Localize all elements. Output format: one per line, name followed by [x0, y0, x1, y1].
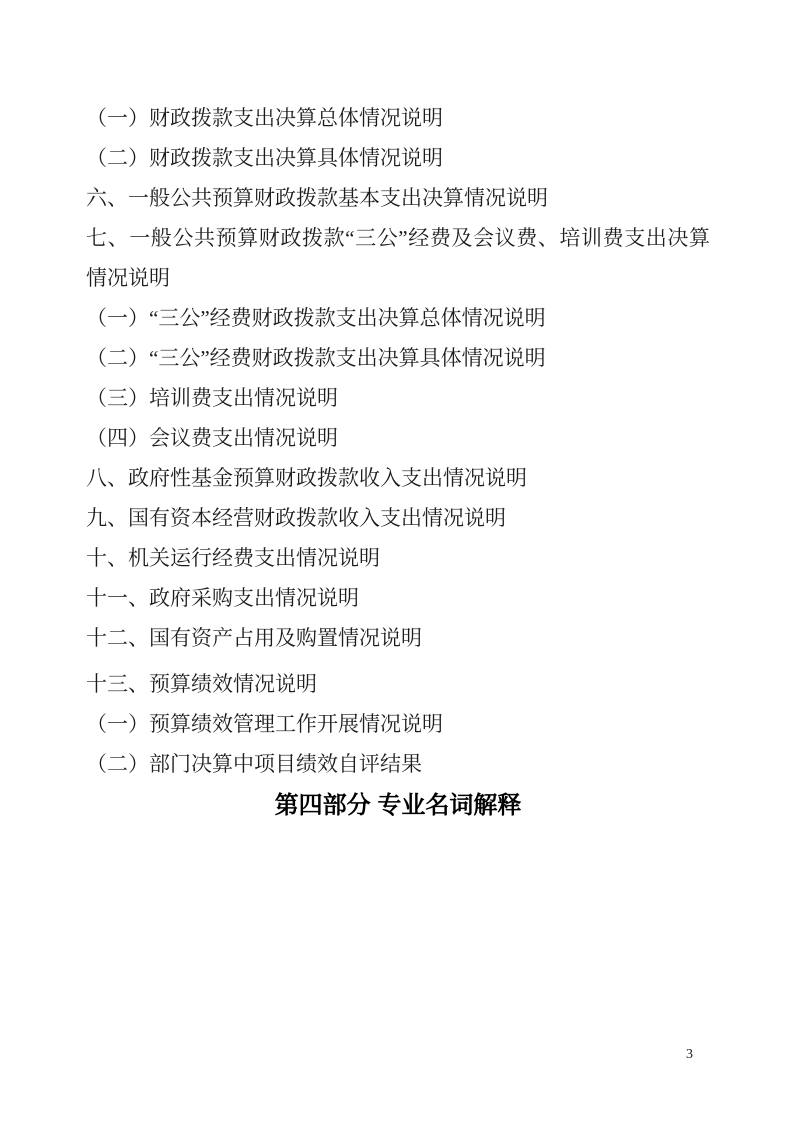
- toc-item: 十一、政府采购支出情况说明: [86, 578, 710, 618]
- document-page: （一）财政拨款支出决算总体情况说明（二）财政拨款支出决算具体情况说明六、一般公共…: [0, 0, 800, 1131]
- toc-item: （一）预算绩效管理工作开展情况说明: [86, 704, 710, 744]
- toc-item: （二）财政拨款支出决算具体情况说明: [86, 138, 710, 178]
- section-heading: 第四部分 专业名词解释: [86, 786, 710, 826]
- toc-item: 八、政府性基金预算财政拨款收入支出情况说明: [86, 458, 710, 498]
- toc-item: 十、机关运行经费支出情况说明: [86, 538, 710, 578]
- toc-item: 十二、国有资产占用及购置情况说明: [86, 618, 710, 658]
- toc-item: （二）“三公”经费财政拨款支出决算具体情况说明: [86, 338, 710, 378]
- toc-item: 十三、预算绩效情况说明: [86, 664, 710, 704]
- toc-list: （一）财政拨款支出决算总体情况说明（二）财政拨款支出决算具体情况说明六、一般公共…: [86, 98, 710, 826]
- toc-item: （一）“三公”经费财政拨款支出决算总体情况说明: [86, 298, 710, 338]
- page-number: 3: [686, 1046, 693, 1064]
- toc-item: 六、一般公共预算财政拨款基本支出决算情况说明: [86, 178, 710, 218]
- toc-item: （一）财政拨款支出决算总体情况说明: [86, 98, 710, 138]
- toc-item: （四）会议费支出情况说明: [86, 418, 710, 458]
- toc-item: （三）培训费支出情况说明: [86, 378, 710, 418]
- toc-item: 七、一般公共预算财政拨款“三公”经费及会议费、培训费支出决算情况说明: [86, 218, 710, 298]
- toc-item: 九、国有资本经营财政拨款收入支出情况说明: [86, 498, 710, 538]
- toc-item: （二）部门决算中项目绩效自评结果: [86, 744, 710, 784]
